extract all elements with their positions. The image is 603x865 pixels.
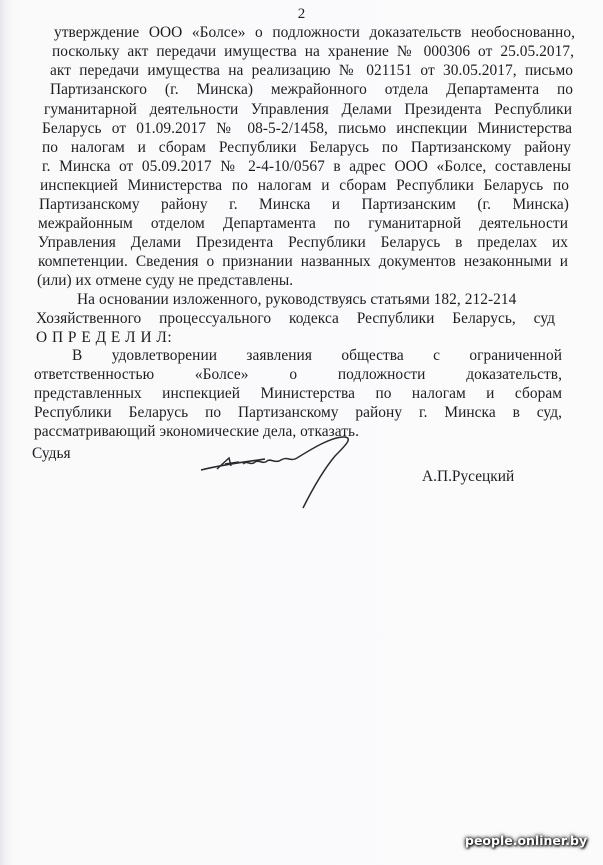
handwritten-signature	[195, 432, 365, 517]
body-line: Хозяйственного процессуального кодекса Р…	[36, 310, 555, 327]
body-line: компетенции. Сведения о признании назван…	[38, 253, 568, 270]
body-line: Беларусь от 01.09.2017 № 08-5-2/1458, пи…	[42, 120, 572, 137]
body-line: ответственностью «Болсе» о подложности д…	[34, 366, 562, 383]
body-line: г. Минска от 05.09.2017 № 2-4-10/0567 в …	[42, 158, 571, 175]
body-line: акт передачи имущества на реализацию № 0…	[50, 62, 573, 79]
body-line: (или) их отмене суду не представлены.	[37, 272, 293, 289]
watermark: people.onliner.by	[465, 833, 587, 848]
judge-title: Судья	[32, 445, 71, 463]
body-line-indented: В удовлетворении заявления общества с ог…	[72, 347, 562, 364]
body-line: по налогам и сборам Республики Беларусь …	[42, 139, 571, 156]
body-line: Республики Беларусь по Партизанскому рай…	[34, 404, 562, 421]
ruling-heading: О П Р Е Д Е Л И Л:	[36, 329, 172, 346]
document-page: 2 утверждение ООО «Болсе» о подложности …	[0, 0, 603, 865]
body-line: Управления Делами Президента Республики …	[38, 234, 568, 251]
body-line-indented: На основании изложенного, руководствуясь…	[77, 291, 516, 308]
page-number: 2	[0, 6, 603, 23]
body-line: Партизанскому району г. Минска и Партиза…	[39, 196, 569, 213]
body-line: инспекцией Министерства по налогам и сбо…	[40, 177, 569, 194]
body-line: гуманитарной деятельности Управления Дел…	[44, 101, 572, 118]
body-line: поскольку акт передачи имущества на хран…	[52, 43, 574, 60]
body-line: Партизанского (г. Минска) межрайонного о…	[50, 81, 573, 98]
body-line: межрайонным отделом Департамента по гума…	[38, 215, 568, 232]
body-line: утверждение ООО «Болсе» о подложности до…	[54, 24, 575, 41]
body-line: представленных инспекцией Министерства п…	[34, 385, 562, 402]
judge-name: А.П.Русецкий	[422, 468, 514, 486]
